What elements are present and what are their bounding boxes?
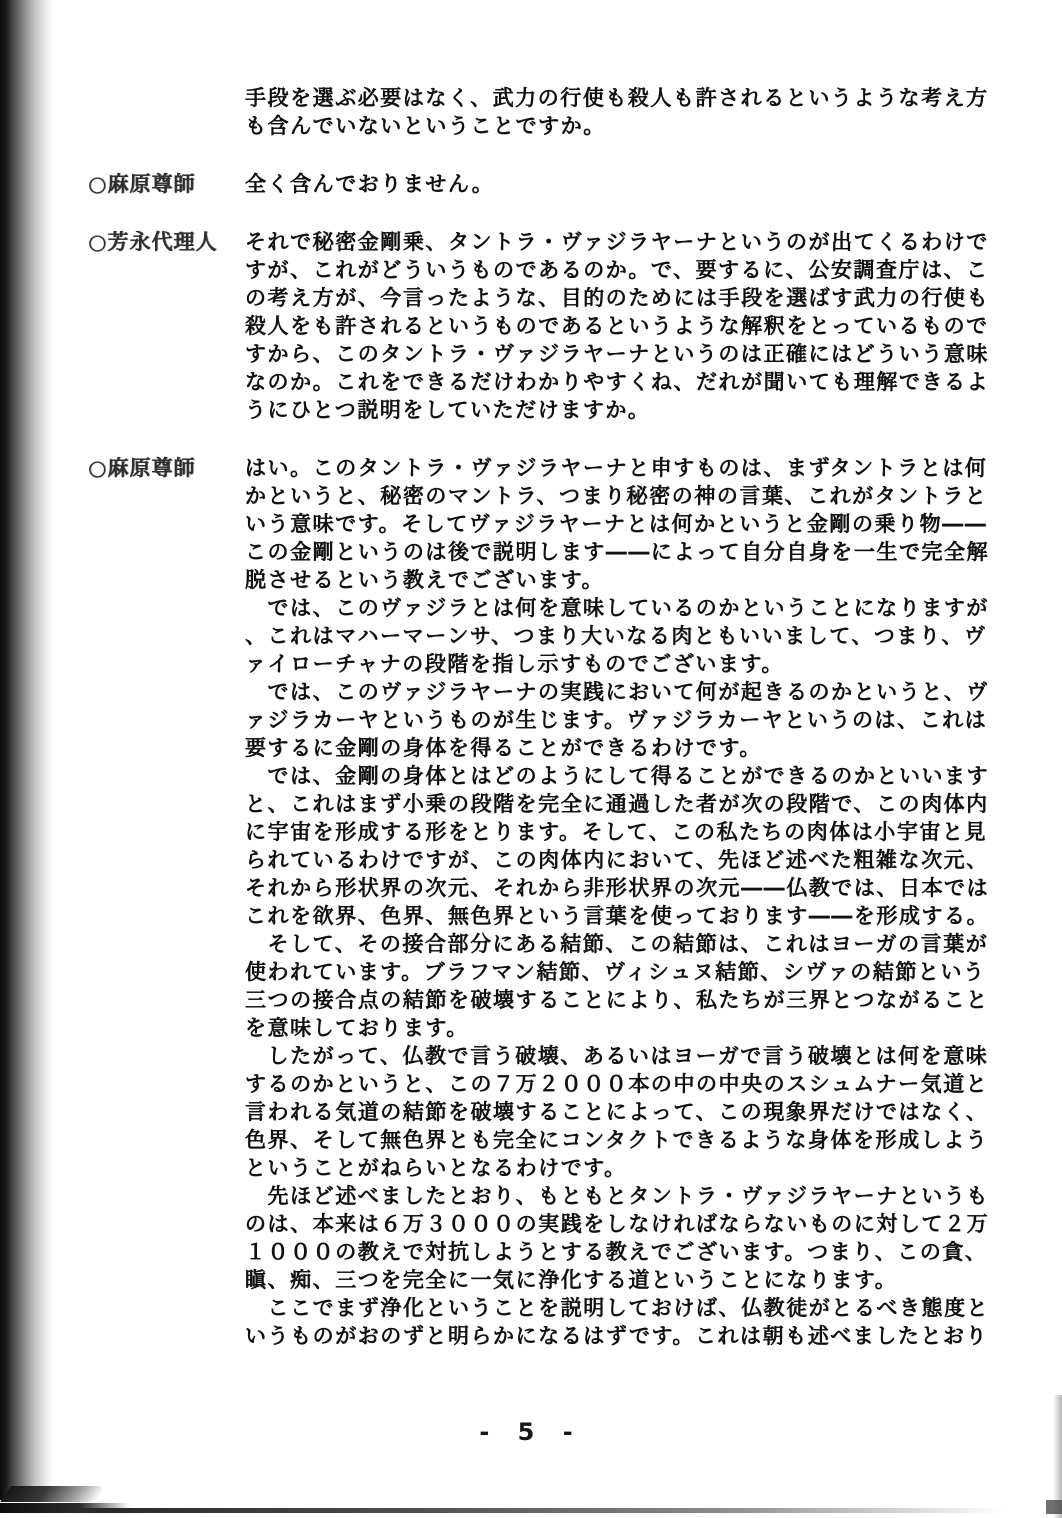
transcript-line: 、これはマハーマーンサ、つまり大いなる肉ともいいまして、つまり、ヴ [245, 622, 1005, 650]
scan-bottom-edge-blob [0, 1503, 130, 1513]
transcript-line: 言われる気道の結節を破壊することによって、この現象界だけではなく、 [245, 1098, 1005, 1126]
transcript-line: 殺人をも許されるというものであるというような解釈をとっているもので [245, 312, 1005, 340]
transcript-line: を意味しております。 [245, 1014, 1005, 1042]
transcript-line: かというと、秘密のマントラ、つまり秘密の神の言葉、これがタントラと [245, 482, 1005, 510]
transcript-line: では、金剛の身体とはどのようにして得ることができるのかといいます [245, 762, 1005, 790]
transcript: 手段を選ぶ必要はなく、武力の行使も殺人も許されるというような考え方も含んでいない… [0, 84, 1062, 1350]
scan-left-edge-bottom-hook [0, 1486, 107, 1502]
transcript-line: すから、このタントラ・ヴァジラヤーナというのは正確にはどういう意味 [245, 340, 1005, 368]
scan-bottom-edge-line [0, 1508, 1010, 1513]
transcript-line: 要するに金剛の身体を得ることができるわけです。 [245, 734, 1005, 762]
transcript-line: いうものがおのずと明らかになるはずです。これは朝も述べましたとおり [245, 1322, 1005, 1350]
transcript-line: られているわけですが、この肉体内において、先ほど述べた粗雑な次元、 [245, 846, 1005, 874]
transcript-line: 色界、そして無色界とも完全にコンタクトできるような身体を形成しよう [245, 1126, 1005, 1154]
transcript-line: 三つの接合点の結節を破壊することにより、私たちが三界とつながること [245, 986, 1005, 1014]
transcript-line: うにひとつ説明をしていただけますか。 [245, 396, 1005, 424]
transcript-line: 脱させるという教えでございます。 [245, 566, 1005, 594]
transcript-blocks: 手段を選ぶ必要はなく、武力の行使も殺人も許されるというような考え方も含んでいない… [88, 84, 1062, 1350]
transcript-line: するのかというと、この７万２０００本の中の中央のスシュムナー気道と [245, 1070, 1005, 1098]
transcript-line: 先ほど述べましたとおり、もともとタントラ・ヴァジラヤーナというも [245, 1182, 1005, 1210]
transcript-line: それで秘密金剛乗、タントラ・ヴァジラヤーナというのが出てくるわけで [245, 228, 1005, 256]
transcript-line: なのか。これをできるだけわかりやすくね、だれが聞いても理解できるよ [245, 368, 1005, 396]
transcript-block: 手段を選ぶ必要はなく、武力の行使も殺人も許されるというような考え方も含んでいない… [88, 84, 1062, 140]
transcript-line: ということがねらいとなるわけです。 [245, 1154, 1005, 1182]
speaker-label: ○麻原尊師 [88, 454, 245, 482]
page-number: - 5 - [0, 1418, 1062, 1446]
transcript-line: 手段を選ぶ必要はなく、武力の行使も殺人も許されるというような考え方 [245, 84, 1005, 112]
transcript-line: この金剛というのは後で説明します――によって自分自身を一生で完全解 [245, 538, 1005, 566]
transcript-line: 全く含んでおりません。 [245, 170, 1005, 198]
transcript-line: これを欲界、色界、無色界という言葉を使っております――を形成する。 [245, 902, 1005, 930]
transcript-line: 瞋、痴、三つを完全に一気に浄化する道ということになります。 [245, 1266, 1005, 1294]
speaker-statement: 全く含んでおりません。 [245, 170, 1005, 198]
transcript-line: に宇宙を形成する形をとります。そして、この私たちの肉体は小宇宙と見 [245, 818, 1005, 846]
transcript-line: 使われています。ブラフマン結節、ヴィシュヌ結節、シヴァの結節という [245, 958, 1005, 986]
transcript-line: １０００の教えで対抗しようとする教えでございます。つまり、この貪、 [245, 1238, 1005, 1266]
transcript-line: ここでまず浄化ということを説明しておけば、仏教徒がとるべき態度と [245, 1294, 1005, 1322]
transcript-block: ○芳永代理人 それで秘密金剛乗、タントラ・ヴァジラヤーナというのが出てくるわけで… [88, 228, 1062, 424]
transcript-line: いう意味です。そしてヴァジラヤーナとは何かというと金剛の乗り物―― [245, 510, 1005, 538]
transcript-line: と、これはまず小乗の段階を完全に通過した者が次の段階で、この肉体内 [245, 790, 1005, 818]
transcript-line: ァイローチャナの段階を指し示すものでございます。 [245, 650, 1005, 678]
transcript-block: ○麻原尊師 はい。このタントラ・ヴァジラヤーナと申すものは、まずタントラとは何か… [88, 454, 1062, 1350]
transcript-line: はい。このタントラ・ヴァジラヤーナと申すものは、まずタントラとは何 [245, 454, 1005, 482]
speaker-statement: 手段を選ぶ必要はなく、武力の行使も殺人も許されるというような考え方も含んでいない… [245, 84, 1005, 140]
transcript-line: では、このヴァジラとは何を意味しているのかということになりますが [245, 594, 1005, 622]
transcript-line: のは、本来は６万３０００の実践をしなければならないものに対して２万 [245, 1210, 1005, 1238]
transcript-line: の考え方が、今言ったような、目的のためには手段を選ばす武力の行使も [245, 284, 1005, 312]
speaker-statement: はい。このタントラ・ヴァジラヤーナと申すものは、まずタントラとは何かというと、秘… [245, 454, 1005, 1350]
transcript-line: そして、その接合部分にある結節、この結節は、これはヨーガの言葉が [245, 930, 1005, 958]
transcript-line: ァジラカーヤというものが生じます。ヴァジラカーヤというのは、これは [245, 706, 1005, 734]
transcript-line: すが、これがどういうものであるのか。で、要するに、公安調査庁は、こ [245, 256, 1005, 284]
transcript-line: では、このヴァジラヤーナの実践において何が起きるのかというと、ヴ [245, 678, 1005, 706]
speaker-label: ○麻原尊師 [88, 170, 245, 198]
transcript-line: したがって、仏教で言う破壊、あるいはヨーガで言う破壊とは何を意味 [245, 1042, 1005, 1070]
transcript-line: それから形状界の次元、それから非形状界の次元――仏教では、日本では [245, 874, 1005, 902]
speaker-label: ○芳永代理人 [88, 228, 245, 256]
scan-corner-mark [1046, 1500, 1062, 1514]
speaker-statement: それで秘密金剛乗、タントラ・ヴァジラヤーナというのが出てくるわけですが、これがど… [245, 228, 1005, 424]
scanned-page: 手段を選ぶ必要はなく、武力の行使も殺人も許されるというような考え方も含んでいない… [0, 0, 1062, 1518]
transcript-block: ○麻原尊師 全く含んでおりません。 [88, 170, 1062, 198]
transcript-line: も含んでいないということですか。 [245, 112, 1005, 140]
